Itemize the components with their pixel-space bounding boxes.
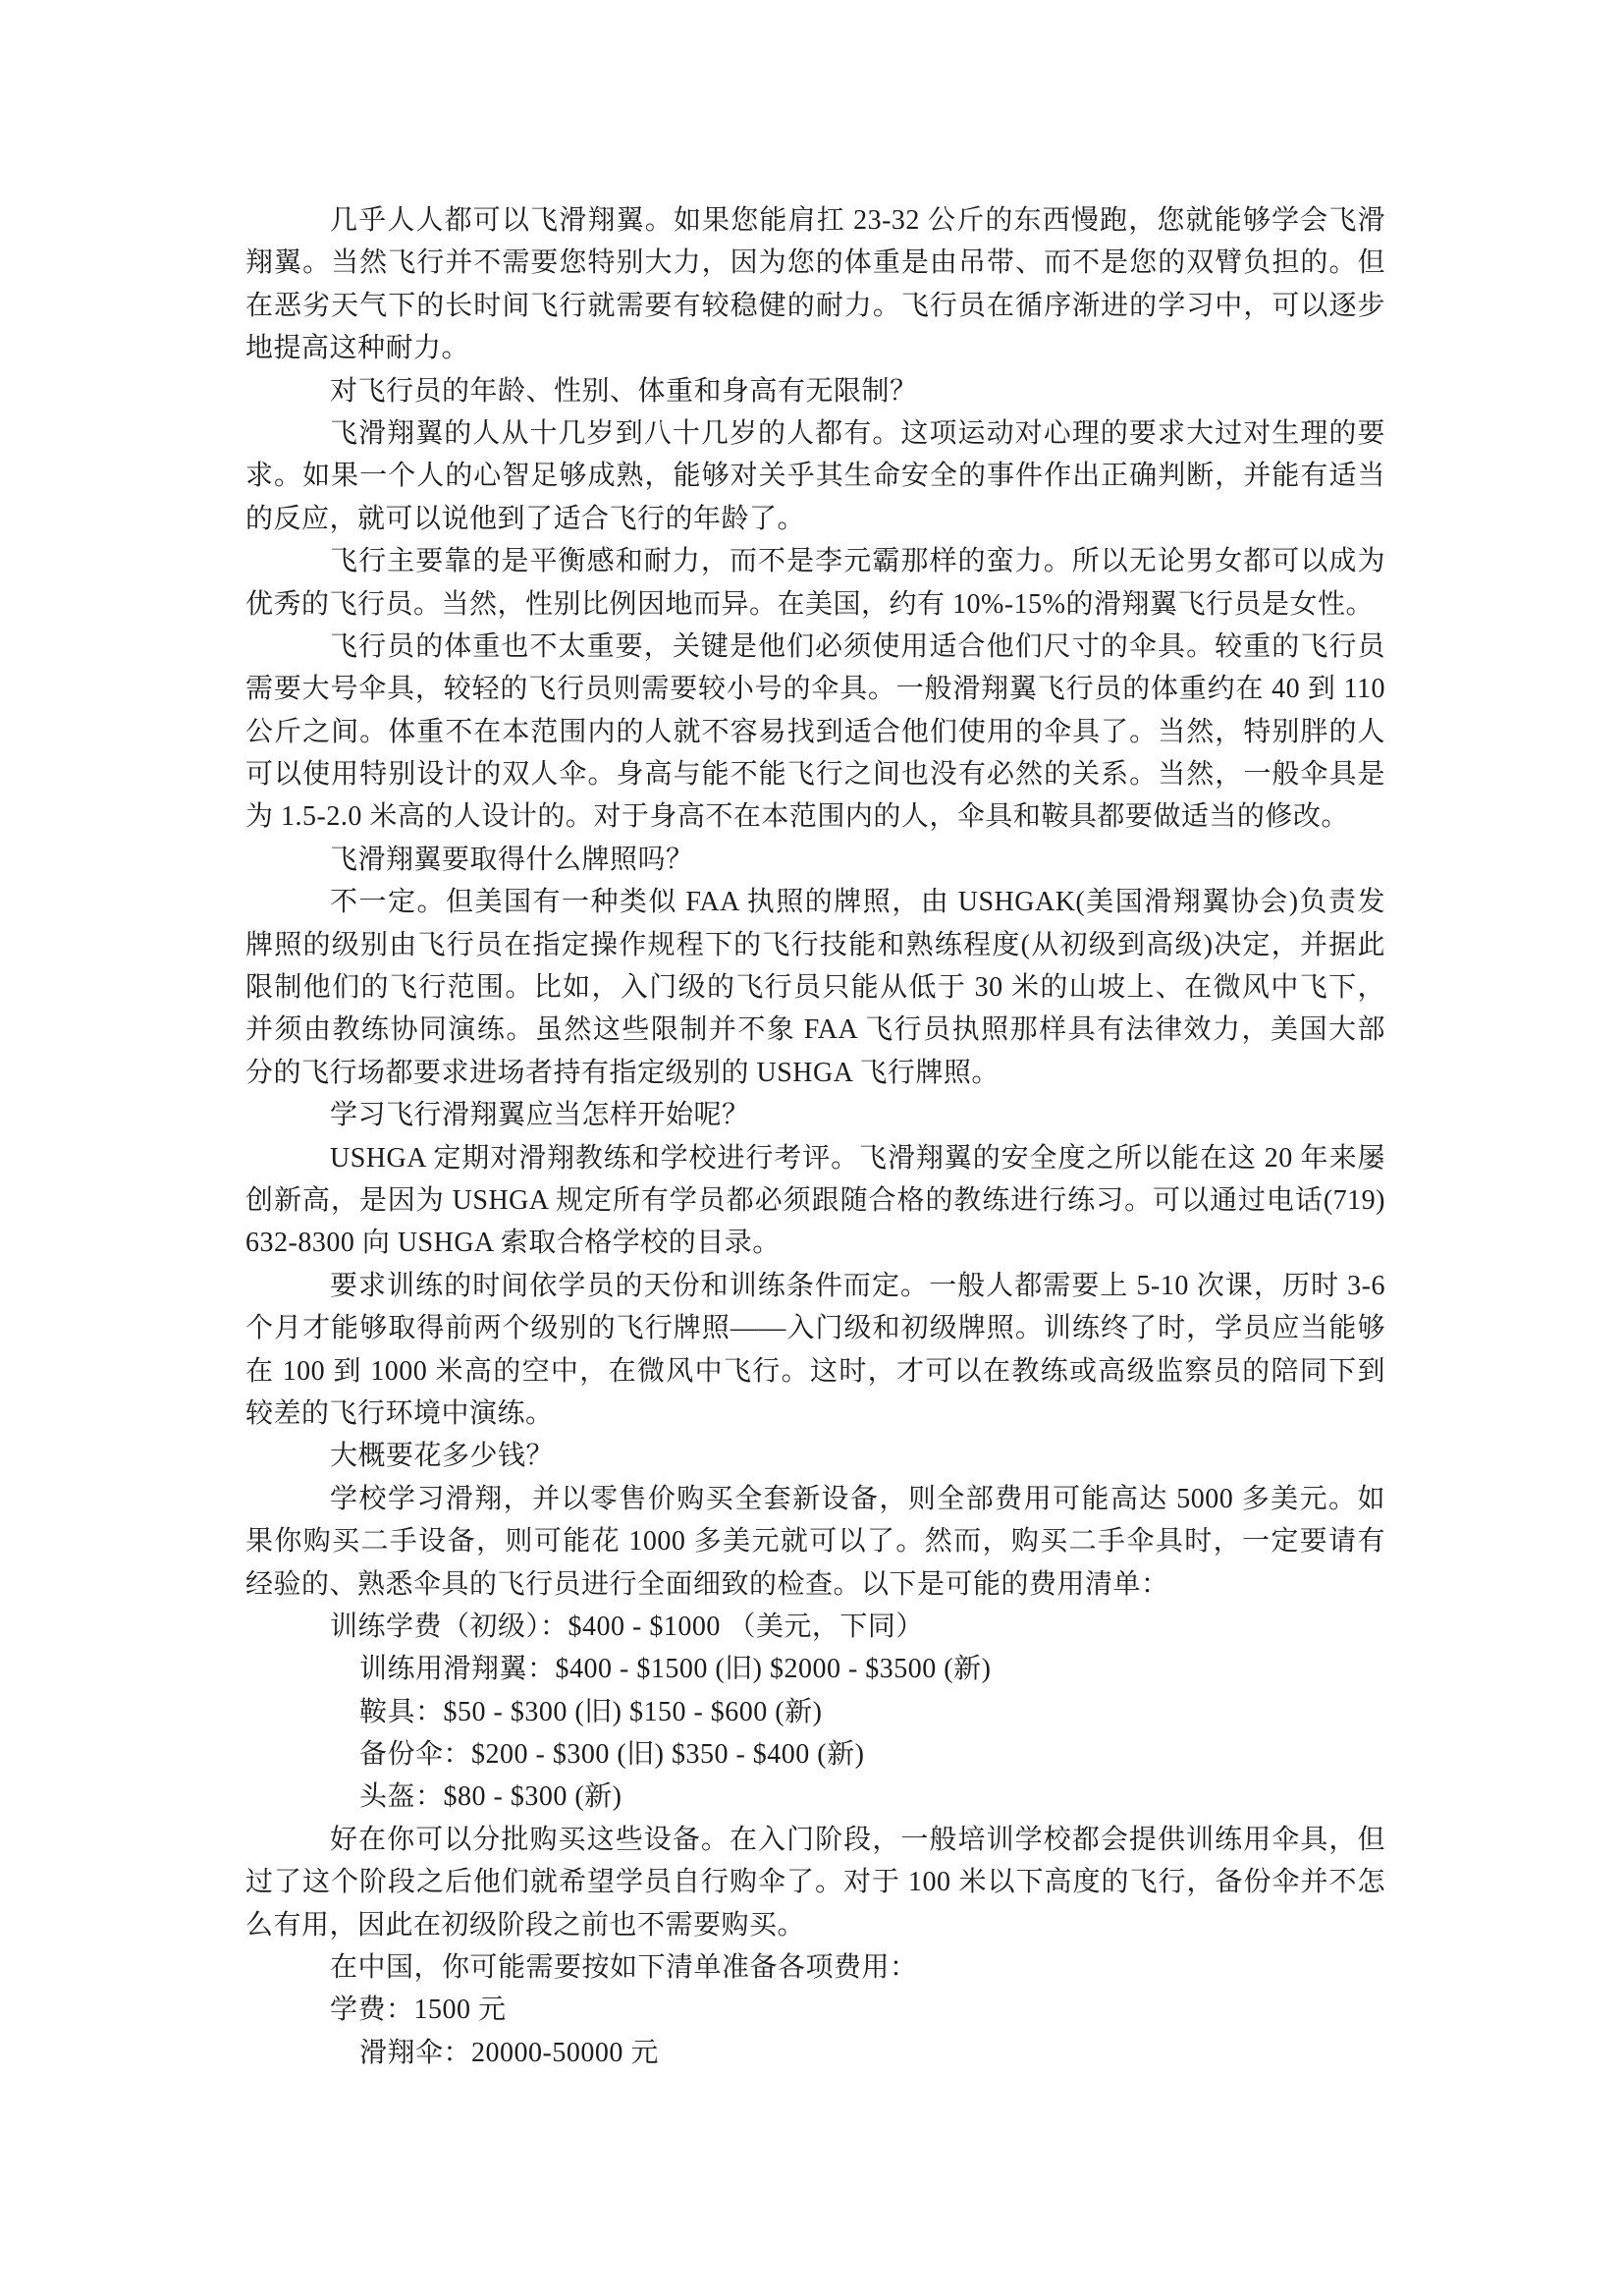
paragraph: 头盔：$80 - $300 (新) bbox=[245, 1776, 1385, 1818]
paragraph: 要求训练的时间依学员的天份和训练条件而定。一般人都需要上 5-10 次课，历时 … bbox=[245, 1265, 1385, 1436]
paragraph: 好在你可以分批购买这些设备。在入门阶段，一般培训学校都会提供训练用伞具，但过了这… bbox=[245, 1819, 1385, 1946]
text-line: 为 1.5-2.0 米高的人设计的。对于身高不在本范围内的人，伞具和鞍具都要做适… bbox=[245, 795, 1385, 838]
text-line: 么有用，因此在初级阶段之前也不需要购买。 bbox=[245, 1904, 1385, 1946]
text-line: 牌照的级别由飞行员在指定操作规程下的飞行技能和熟练程度(从初级到高级)决定，并据… bbox=[245, 924, 1385, 966]
text-line: 的反应，就可以说他到了适合飞行的年龄了。 bbox=[245, 498, 1385, 540]
text-line: 要求训练的时间依学员的天份和训练条件而定。一般人都需要上 5-10 次课，历时 … bbox=[245, 1265, 1385, 1307]
paragraph: USHGA 定期对滑翔教练和学校进行考评。飞滑翔翼的安全度之所以能在这 20 年… bbox=[245, 1137, 1385, 1265]
text-line: 果你购买二手设备，则可能花 1000 多美元就可以了。然而，购买二手伞具时，一定… bbox=[245, 1520, 1385, 1562]
text-line: 翔翼。当然飞行并不需要您特别大力，因为您的体重是由吊带、而不是您的双臂负担的。但 bbox=[245, 242, 1385, 284]
paragraph: 大概要花多少钱？ bbox=[245, 1435, 1385, 1477]
text-line: 较差的飞行环境中演练。 bbox=[245, 1393, 1385, 1435]
paragraph: 对飞行员的年龄、性别、体重和身高有无限制？ bbox=[245, 370, 1385, 412]
text-line: 可以使用特别设计的双人伞。身高与能不能飞行之间也没有必然的关系。当然，一般伞具是 bbox=[245, 753, 1385, 795]
text-line: 几乎人人都可以飞滑翔翼。如果您能肩扛 23-32 公斤的东西慢跑，您就能够学会飞… bbox=[245, 199, 1385, 242]
text-line: 过了这个阶段之后他们就希望学员自行购伞了。对于 100 米以下高度的飞行，备份伞… bbox=[245, 1861, 1385, 1903]
paragraph: 飞行主要靠的是平衡感和耐力，而不是李元霸那样的蛮力。所以无论男女都可以成为优秀的… bbox=[245, 540, 1385, 626]
text-line: 学校学习滑翔，并以零售价购买全套新设备，则全部费用可能高达 5000 多美元。如 bbox=[245, 1478, 1385, 1520]
text-line: 在恶劣天气下的长时间飞行就需要有较稳健的耐力。飞行员在循序渐进的学习中，可以逐步 bbox=[245, 285, 1385, 327]
text-line: 好在你可以分批购买这些设备。在入门阶段，一般培训学校都会提供训练用伞具，但 bbox=[245, 1819, 1385, 1861]
text-line: 地提高这种耐力。 bbox=[245, 327, 1385, 369]
paragraph: 飞滑翔翼的人从十几岁到八十几岁的人都有。这项运动对心理的要求大过对生理的要求。如… bbox=[245, 412, 1385, 540]
text-line: 飞行员的体重也不太重要，关键是他们必须使用适合他们尺寸的伞具。较重的飞行员 bbox=[245, 626, 1385, 668]
paragraph: 备份伞：$200 - $300 (旧) $350 - $400 (新) bbox=[245, 1733, 1385, 1776]
text-line: 飞滑翔翼要取得什么牌照吗？ bbox=[245, 839, 1385, 881]
text-line: 在中国，你可能需要按如下清单准备各项费用： bbox=[245, 1946, 1385, 1989]
text-line: 需要大号伞具，较轻的飞行员则需要较小号的伞具。一般滑翔翼飞行员的体重约在 40 … bbox=[245, 668, 1385, 710]
paragraph: 训练学费（初级）：$400 - $1000 （美元，下同） bbox=[245, 1606, 1385, 1648]
text-line: 在 100 到 1000 米高的空中，在微风中飞行。这时，才可以在教练或高级监察… bbox=[245, 1350, 1385, 1393]
document-page: 几乎人人都可以飞滑翔翼。如果您能肩扛 23-32 公斤的东西慢跑，您就能够学会飞… bbox=[0, 0, 1623, 2296]
text-line: 滑翔伞：20000-50000 元 bbox=[245, 2032, 1385, 2074]
text-line: USHGA 定期对滑翔教练和学校进行考评。飞滑翔翼的安全度之所以能在这 20 年… bbox=[245, 1137, 1385, 1179]
text-line: 飞滑翔翼的人从十几岁到八十几岁的人都有。这项运动对心理的要求大过对生理的要 bbox=[245, 412, 1385, 455]
paragraph: 飞滑翔翼要取得什么牌照吗？ bbox=[245, 839, 1385, 881]
text-line: 学习飞行滑翔翼应当怎样开始呢？ bbox=[245, 1094, 1385, 1136]
text-line: 个月才能够取得前两个级别的飞行牌照——入门级和初级牌照。训练终了时，学员应当能够 bbox=[245, 1307, 1385, 1349]
text-line: 训练用滑翔翼：$400 - $1500 (旧) $2000 - $3500 (新… bbox=[245, 1648, 1385, 1690]
text-line: 学费：1500 元 bbox=[245, 1989, 1385, 2031]
text-line: 飞行主要靠的是平衡感和耐力，而不是李元霸那样的蛮力。所以无论男女都可以成为 bbox=[245, 540, 1385, 582]
paragraph: 滑翔伞：20000-50000 元 bbox=[245, 2032, 1385, 2074]
paragraph: 学校学习滑翔，并以零售价购买全套新设备，则全部费用可能高达 5000 多美元。如… bbox=[245, 1478, 1385, 1606]
text-line: 不一定。但美国有一种类似 FAA 执照的牌照，由 USHGAK(美国滑翔翼协会)… bbox=[245, 881, 1385, 923]
text-line: 632-8300 向 USHGA 索取合格学校的目录。 bbox=[245, 1222, 1385, 1264]
text-line: 分的飞行场都要求进场者持有指定级别的 USHGA 飞行牌照。 bbox=[245, 1052, 1385, 1094]
text-line: 限制他们的飞行范围。比如，入门级的飞行员只能从低于 30 米的山坡上、在微风中飞… bbox=[245, 966, 1385, 1009]
text-line: 对飞行员的年龄、性别、体重和身高有无限制？ bbox=[245, 370, 1385, 412]
paragraph: 不一定。但美国有一种类似 FAA 执照的牌照，由 USHGAK(美国滑翔翼协会)… bbox=[245, 881, 1385, 1094]
text-line: 大概要花多少钱？ bbox=[245, 1435, 1385, 1477]
text-line: 头盔：$80 - $300 (新) bbox=[245, 1776, 1385, 1818]
paragraph: 在中国，你可能需要按如下清单准备各项费用： bbox=[245, 1946, 1385, 1989]
text-line: 公斤之间。体重不在本范围内的人就不容易找到适合他们使用的伞具了。当然，特别胖的人 bbox=[245, 711, 1385, 753]
paragraph: 几乎人人都可以飞滑翔翼。如果您能肩扛 23-32 公斤的东西慢跑，您就能够学会飞… bbox=[245, 199, 1385, 370]
paragraph: 飞行员的体重也不太重要，关键是他们必须使用适合他们尺寸的伞具。较重的飞行员需要大… bbox=[245, 626, 1385, 839]
paragraph: 学费：1500 元 bbox=[245, 1989, 1385, 2031]
text-line: 求。如果一个人的心智足够成熟，能够对关乎其生命安全的事件作出正确判断，并能有适当 bbox=[245, 455, 1385, 497]
document-body: 几乎人人都可以飞滑翔翼。如果您能肩扛 23-32 公斤的东西慢跑，您就能够学会飞… bbox=[245, 199, 1385, 2074]
text-line: 优秀的飞行员。当然，性别比例因地而异。在美国，约有 10%-15%的滑翔翼飞行员… bbox=[245, 583, 1385, 626]
text-line: 并须由教练协同演练。虽然这些限制并不象 FAA 飞行员执照那样具有法律效力，美国… bbox=[245, 1009, 1385, 1051]
paragraph: 鞍具：$50 - $300 (旧) $150 - $600 (新) bbox=[245, 1691, 1385, 1733]
paragraph: 训练用滑翔翼：$400 - $1500 (旧) $2000 - $3500 (新… bbox=[245, 1648, 1385, 1690]
text-line: 备份伞：$200 - $300 (旧) $350 - $400 (新) bbox=[245, 1733, 1385, 1776]
paragraph: 学习飞行滑翔翼应当怎样开始呢？ bbox=[245, 1094, 1385, 1136]
text-line: 训练学费（初级）：$400 - $1000 （美元，下同） bbox=[245, 1606, 1385, 1648]
text-line: 经验的、熟悉伞具的飞行员进行全面细致的检查。以下是可能的费用清单： bbox=[245, 1563, 1385, 1606]
text-line: 鞍具：$50 - $300 (旧) $150 - $600 (新) bbox=[245, 1691, 1385, 1733]
text-line: 创新高，是因为 USHGA 规定所有学员都必须跟随合格的教练进行练习。可以通过电… bbox=[245, 1179, 1385, 1222]
